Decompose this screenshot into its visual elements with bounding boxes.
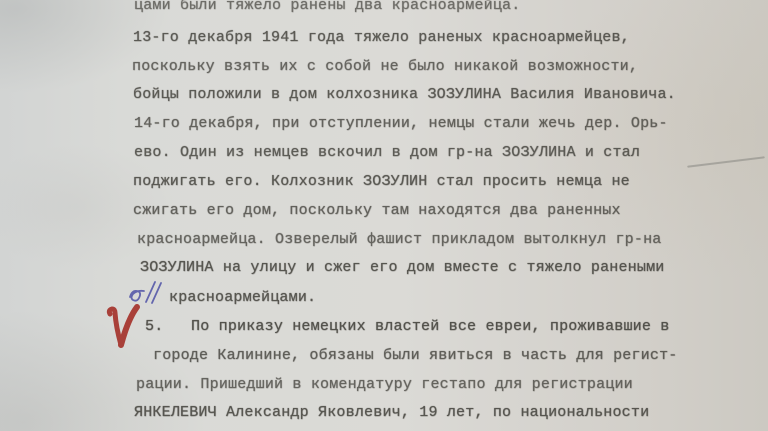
typed-line: ЗОЗУЛИНА на улицу и сжег его дом вместе … <box>140 257 664 278</box>
typed-line: поскольку взять их с собой не было никак… <box>132 56 638 77</box>
red-checkmark-icon <box>102 301 144 362</box>
typed-line: 14-го декабря, при отступлении, немцы ст… <box>134 113 668 134</box>
typed-line: бойцы положили в дом колхозника ЗОЗУЛИНА… <box>133 84 676 105</box>
typed-line: ЯНКЕЛЕВИЧ Александр Яковлевич, 19 лет, п… <box>134 402 649 423</box>
typed-line: красноармейцами. <box>169 287 316 308</box>
typed-line: цами были тяжело ранены два красноармейц… <box>134 0 520 16</box>
typed-line: городе Калинине, обязаны были явиться в … <box>153 345 677 366</box>
typed-line: ево. Один из немцев вскочил в дом гр-на … <box>134 142 640 163</box>
typed-line: рации. Пришедший в комендатуру гестапо д… <box>136 374 633 395</box>
pencil-stroke <box>687 156 765 167</box>
typed-line: поджигать его. Колхозник ЗОЗУЛИН стал пр… <box>133 171 630 192</box>
typed-line: сжигать его дом, поскольку там находятся… <box>133 200 621 221</box>
typed-line: 13-го декабря 1941 года тяжело раненых к… <box>133 27 630 48</box>
typed-line: 5. По приказу немецких властей все евреи… <box>145 316 669 337</box>
typed-line: красноармейца. Озверелый фашист прикладо… <box>137 229 661 250</box>
document-page: цами были тяжело ранены два красноармейц… <box>0 0 768 431</box>
